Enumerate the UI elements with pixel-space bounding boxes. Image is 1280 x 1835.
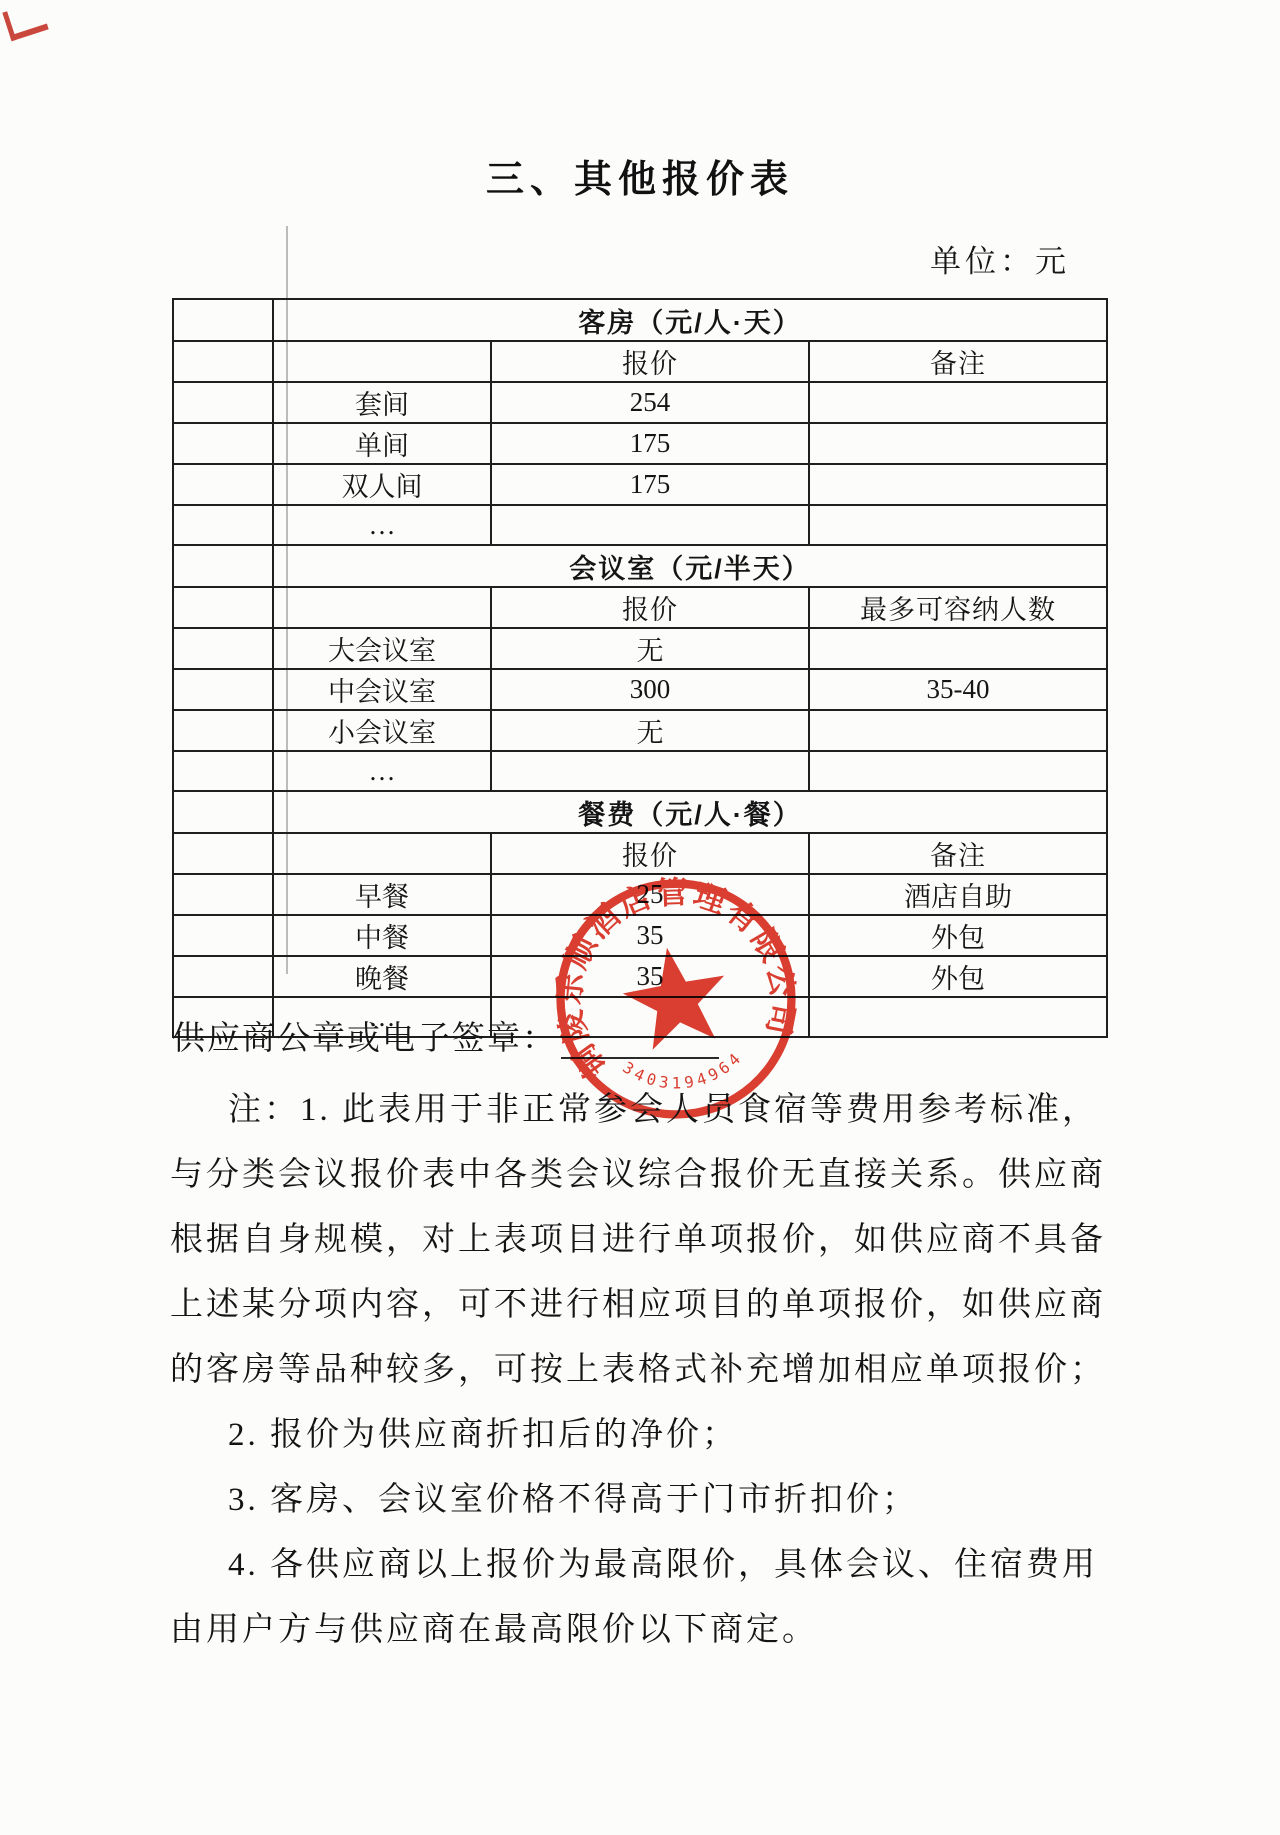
column-header-row: 报价 备注 <box>173 341 1107 382</box>
empty-cell <box>273 833 491 874</box>
empty-cell <box>173 299 273 341</box>
note-line: 上述某分项内容，可不进行相应项目的单项报价，如供应商 <box>170 1273 1120 1338</box>
row-label-cell: 晚餐 <box>273 956 491 997</box>
column-header-row: 报价 最多可容纳人数 <box>173 587 1107 628</box>
row-label-cell: 早餐 <box>273 874 491 915</box>
empty-cell <box>173 915 273 956</box>
price-cell <box>491 505 809 545</box>
notes-block: 注：1. 此表用于非正常参会人员食宿等费用参考标准， 与分类会议报价表中各类会议… <box>170 1078 1120 1663</box>
empty-cell <box>173 628 273 669</box>
note-cell: 酒店自助 <box>809 874 1107 915</box>
section-header-row: 会议室（元/半天） <box>173 545 1107 587</box>
empty-cell <box>173 874 273 915</box>
note-column-header: 备注 <box>809 341 1107 382</box>
row-label-cell: 小会议室 <box>273 710 491 751</box>
empty-cell <box>173 587 273 628</box>
price-cell: 175 <box>491 464 809 505</box>
table-row: 大会议室 无 <box>173 628 1107 669</box>
note-line: 的客房等品种较多，可按上表格式补充增加相应单项报价； <box>170 1338 1120 1403</box>
empty-cell <box>173 956 273 997</box>
empty-cell <box>173 545 273 587</box>
section-title-meeting-rooms: 会议室（元/半天） <box>273 545 1107 587</box>
capacity-column-header: 最多可容纳人数 <box>809 587 1107 628</box>
row-label-cell: 中会议室 <box>273 669 491 710</box>
note-line: 4. 各供应商以上报价为最高限价，具体会议、住宿费用 <box>170 1533 1120 1598</box>
empty-cell <box>173 464 273 505</box>
row-label-cell: 单间 <box>273 423 491 464</box>
note-cell <box>809 997 1107 1037</box>
empty-cell <box>173 710 273 751</box>
table-row: 中会议室 300 35-40 <box>173 669 1107 710</box>
price-column-header: 报价 <box>491 587 809 628</box>
row-label-cell: 中餐 <box>273 915 491 956</box>
note-cell <box>809 710 1107 751</box>
note-cell: 外包 <box>809 915 1107 956</box>
note-cell: 35-40 <box>809 669 1107 710</box>
empty-cell <box>173 505 273 545</box>
page-title: 三、其他报价表 <box>0 148 1280 203</box>
table-row: 套间 254 <box>173 382 1107 423</box>
price-column-header: 报价 <box>491 341 809 382</box>
row-label-cell: 套间 <box>273 382 491 423</box>
note-line: 根据自身规模，对上表项目进行单项报价，如供应商不具备 <box>170 1208 1120 1273</box>
note-cell <box>809 505 1107 545</box>
empty-cell <box>173 382 273 423</box>
note-cell <box>809 423 1107 464</box>
note-cell: 外包 <box>809 956 1107 997</box>
section-title-meals: 餐费（元/人·餐） <box>273 791 1107 833</box>
price-cell: 300 <box>491 669 809 710</box>
empty-cell <box>173 423 273 464</box>
signature-label: 供应商公章或电子签章： <box>172 1021 557 1057</box>
empty-cell <box>173 791 273 833</box>
section-header-row: 餐费（元/人·餐） <box>173 791 1107 833</box>
table-row: 小会议室 无 <box>173 710 1107 751</box>
note-line: 3. 客房、会议室价格不得高于门市折扣价； <box>170 1468 1120 1533</box>
note-cell <box>809 382 1107 423</box>
seal-star-icon <box>616 939 734 1053</box>
empty-cell <box>173 669 273 710</box>
scanned-document-page: 三、其他报价表 单位：元 客房（元/人·天） 报价 备注 套间 254 单间 1… <box>0 0 1280 1835</box>
price-cell <box>491 751 809 791</box>
note-cell <box>809 751 1107 791</box>
table-row: 双人间 175 <box>173 464 1107 505</box>
row-label-cell: 大会议室 <box>273 628 491 669</box>
note-cell <box>809 464 1107 505</box>
empty-cell <box>173 833 273 874</box>
table-row: … <box>173 505 1107 545</box>
note-line: 与分类会议报价表中各类会议综合报价无直接关系。供应商 <box>170 1143 1120 1208</box>
scan-artifact-mark <box>2 1 48 42</box>
price-cell: 无 <box>491 710 809 751</box>
section-header-row: 客房（元/人·天） <box>173 299 1107 341</box>
note-line: 由用户方与供应商在最高限价以下商定。 <box>170 1598 1120 1663</box>
row-label-cell: … <box>273 751 491 791</box>
empty-cell <box>273 587 491 628</box>
table-row: … <box>173 751 1107 791</box>
price-cell: 无 <box>491 628 809 669</box>
section-title-rooms: 客房（元/人·天） <box>273 299 1107 341</box>
price-cell: 175 <box>491 423 809 464</box>
note-column-header: 备注 <box>809 833 1107 874</box>
empty-cell <box>173 341 273 382</box>
unit-label: 单位：元 <box>930 236 1070 281</box>
table-row: 单间 175 <box>173 423 1107 464</box>
row-label-cell: 双人间 <box>273 464 491 505</box>
note-cell <box>809 628 1107 669</box>
empty-cell <box>273 341 491 382</box>
price-cell: 254 <box>491 382 809 423</box>
empty-cell <box>173 751 273 791</box>
note-line: 2. 报价为供应商折扣后的净价； <box>170 1403 1120 1468</box>
row-label-cell: … <box>273 505 491 545</box>
note-line: 注：1. 此表用于非正常参会人员食宿等费用参考标准， <box>170 1078 1120 1143</box>
